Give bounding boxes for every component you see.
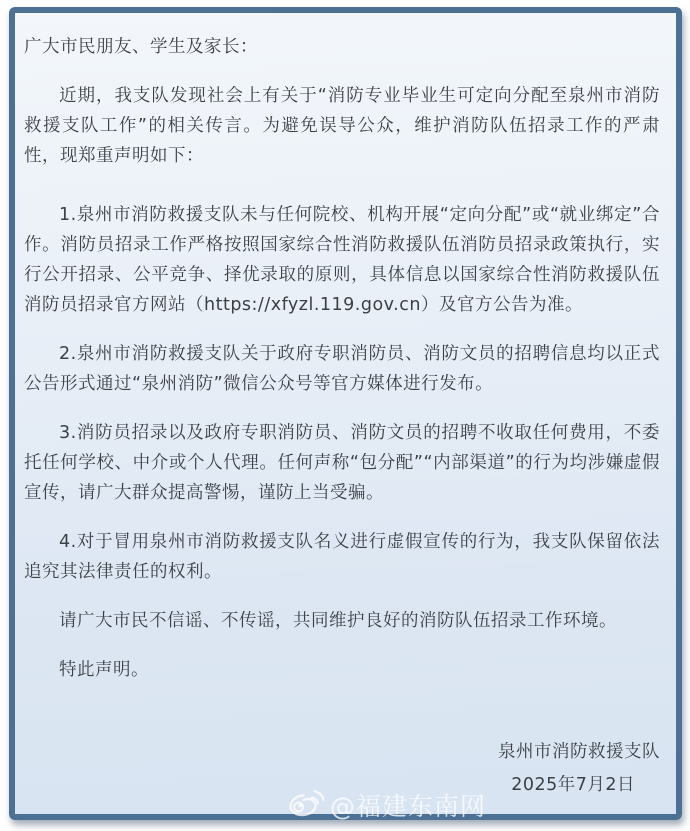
statement-intro: 近期，我支队发现社会上有关于“消防专业毕业生可定向分配至泉州市消防救援支队工作”… (24, 81, 660, 171)
signature-name: 泉州市消防救援支队 (498, 737, 660, 767)
statement-card: 广大市民朋友、学生及家长： 近期，我支队发现社会上有关于“消防专业毕业生可定向分… (9, 7, 682, 820)
statement-body: 广大市民朋友、学生及家长： 近期，我支队发现社会上有关于“消防专业毕业生可定向分… (15, 13, 676, 800)
statement-plea: 请广大市民不信谣、不传谣，共同维护良好的消防队伍招录工作环境。 (24, 606, 660, 636)
salutation: 广大市民朋友、学生及家长： (24, 32, 660, 62)
statement-item-1: 1.泉州市消防救援支队未与任何院校、机构开展“定向分配”或“就业绑定”合作。消防… (24, 200, 660, 320)
statement-item-3: 3.消防员招录以及政府专职消防员、消防文员的招聘不收取任何费用，不委托任何学校、… (24, 418, 660, 508)
signature-block: 泉州市消防救援支队 2025年7月2日 (24, 737, 660, 800)
statement-item-2: 2.泉州市消防救援支队关于政府专职消防员、消防文员的招聘信息均以正式公告形式通过… (24, 339, 660, 399)
statement-closing: 特此声明。 (24, 655, 660, 685)
statement-item-4: 4.对于冒用泉州市消防救援支队名义进行虚假宣传的行为，我支队保留依法追究其法律责… (24, 527, 660, 587)
signature-date: 2025年7月2日 (511, 770, 635, 800)
page-background: 广大市民朋友、学生及家长： 近期，我支队发现社会上有关于“消防专业毕业生可定向分… (0, 0, 690, 831)
